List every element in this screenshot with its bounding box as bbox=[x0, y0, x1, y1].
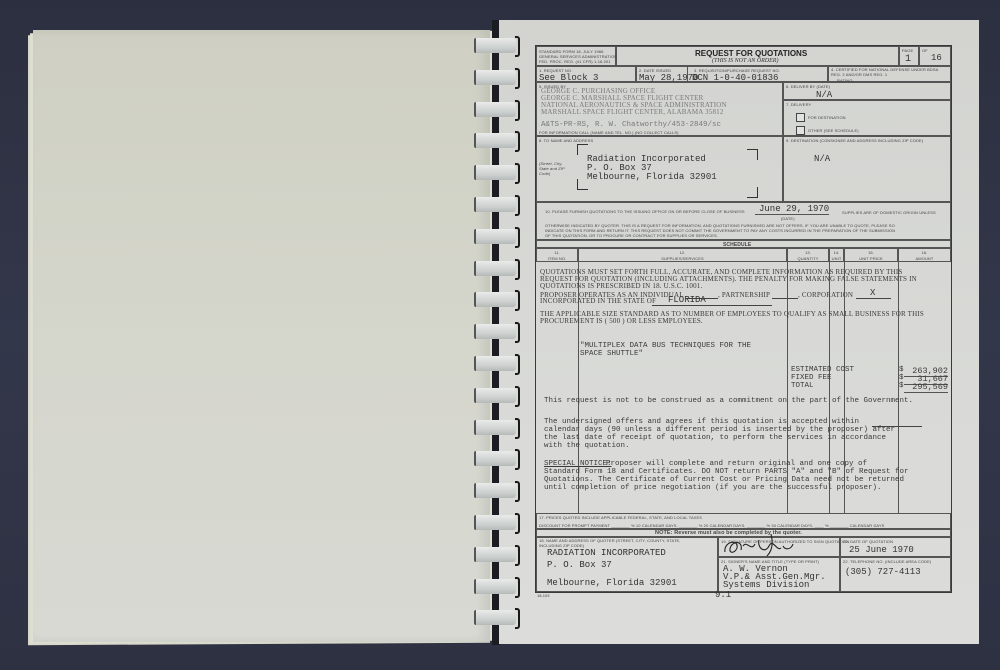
of-cell: OF 16 bbox=[919, 46, 951, 66]
page-cell: PAGE 1 bbox=[899, 46, 919, 66]
corporation-blank bbox=[856, 298, 891, 299]
block-7: 7. DELIVERY FOR DESTINATION OTHER (See S… bbox=[783, 100, 951, 136]
quotation-due-date: June 29, 1970 bbox=[755, 204, 829, 215]
offer-line-3: the last date of receipt of quotation, t… bbox=[544, 434, 886, 442]
size-line-2: PROCUREMENT IS ( 500 ) OR LESS EMPLOYEES… bbox=[540, 317, 703, 325]
page-value: 1 bbox=[905, 54, 911, 65]
binding-ring bbox=[474, 165, 516, 180]
column-label: SUPPLIES/SERVICES bbox=[579, 256, 786, 261]
block-21: 21. SIGNER'S NAME AND TITLE (Type or pri… bbox=[718, 557, 840, 592]
binding-ring bbox=[474, 38, 516, 53]
block-20-label: 20. DATE OF QUOTATION bbox=[843, 539, 893, 544]
offer-line-4: with the quotation. bbox=[544, 442, 630, 450]
contact-label: FOR INFORMATION CALL (Name and tel. no.)… bbox=[539, 130, 679, 135]
block-18: 18. NAME AND ADDRESS OF QUOTER (Street, … bbox=[536, 537, 718, 592]
project-title-line-2: SPACE SHUTTLE" bbox=[580, 350, 643, 358]
column-header: 16.AMOUNT bbox=[898, 248, 951, 262]
of-label: OF bbox=[922, 48, 928, 53]
binding-ring bbox=[474, 292, 516, 307]
address-side-label: (Street, City, State and ZIP Code) bbox=[539, 161, 565, 176]
block-20: 20. DATE OF QUOTATION 25 June 1970 bbox=[840, 537, 951, 557]
block-17-label: 17. PRICES QUOTED INCLUDE APPLICABLE FED… bbox=[539, 515, 702, 520]
column-number: 14. bbox=[830, 250, 843, 255]
deliver-by-value: N/A bbox=[816, 90, 832, 100]
bracket-tr bbox=[747, 149, 758, 160]
column-number: 12. bbox=[579, 250, 786, 255]
special-notice-line-4: until completion of price negotiation (i… bbox=[544, 484, 882, 492]
block-7-label: 7. DELIVERY bbox=[786, 102, 811, 107]
block-10-suffix: SUPPLIES ARE OF DOMESTIC ORIGIN UNLESS bbox=[842, 210, 936, 215]
column-label: ITEM NO. bbox=[537, 256, 577, 261]
column-number: 11. bbox=[537, 250, 577, 255]
form-code: 18-103 bbox=[537, 593, 549, 598]
block-1: 1. REQUEST NO. See Block 3 bbox=[536, 66, 636, 82]
schedule-title-bar: SCHEDULE bbox=[536, 240, 951, 248]
column-header: 13.QUANTITY bbox=[787, 248, 829, 262]
cost-label: TOTAL bbox=[791, 382, 814, 390]
block-4: 4. CERTIFIED FOR NATIONAL DEFENSE UNDER … bbox=[828, 66, 951, 82]
column-label: UNIT PRICE bbox=[845, 256, 897, 261]
special-notice-label: SPECIAL NOTICE: bbox=[544, 460, 612, 468]
partnership-label: , PARTNERSHIP bbox=[718, 291, 770, 299]
block-4-label: 4. CERTIFIED FOR NATIONAL DEFENSE UNDER … bbox=[831, 68, 949, 77]
date-of-quotation: 25 June 1970 bbox=[849, 545, 914, 555]
date-label: (Date) bbox=[781, 216, 795, 221]
form-subtitle: (THIS IS NOT AN ORDER) bbox=[712, 58, 778, 64]
form-id-cell: STANDARD FORM 18, JULY 1966 GENERAL SERV… bbox=[536, 46, 616, 66]
block-8-label: 8. TO NAME AND ADDRESS bbox=[539, 138, 593, 143]
special-notice-line-1: Proposer will complete and return origin… bbox=[606, 460, 867, 468]
binding-ring bbox=[474, 420, 516, 435]
block-3: 3. REQUISITION/PURCHASE REQUEST NO. DCN … bbox=[688, 66, 828, 82]
binding-ring bbox=[474, 102, 516, 117]
block-2: 2. DATE ISSUED May 28,1970 bbox=[636, 66, 688, 82]
binding-ring bbox=[474, 610, 516, 625]
binding-ring bbox=[474, 483, 516, 498]
column-header: 14.UNIT bbox=[829, 248, 844, 262]
block-8-to-address: 8. TO NAME AND ADDRESS (Street, City, St… bbox=[536, 136, 783, 202]
partnership-blank bbox=[772, 298, 798, 299]
column-number: 16. bbox=[899, 250, 950, 255]
binding-ring bbox=[474, 515, 516, 530]
binding-ring bbox=[474, 579, 516, 594]
offer-line-1: The undersigned offers and agrees if thi… bbox=[544, 418, 859, 426]
column-header: 15.UNIT PRICE bbox=[844, 248, 898, 262]
block-22: 22. TELEPHONE NO. (Include area code) (3… bbox=[840, 557, 951, 592]
state-blank bbox=[652, 305, 772, 306]
binding-ring bbox=[474, 388, 516, 403]
binding-ring bbox=[474, 70, 516, 85]
block-9-destination: 9. DESTINATION (Consignee and address in… bbox=[783, 136, 951, 202]
binding-ring bbox=[474, 197, 516, 212]
block-18-label: 18. NAME AND ADDRESS OF QUOTER (Street, … bbox=[539, 539, 699, 548]
for-destination-checkbox[interactable] bbox=[796, 113, 805, 122]
cost-label: FIXED FEE bbox=[791, 374, 832, 382]
binding-ring bbox=[474, 356, 516, 371]
corporation-label: , CORPORATION bbox=[798, 291, 853, 299]
cost-amount: 295,569 bbox=[904, 382, 948, 393]
column-number: 13. bbox=[788, 250, 828, 255]
corporation-mark: X bbox=[870, 288, 875, 298]
left-blank-page bbox=[33, 30, 490, 642]
other-checkbox[interactable] bbox=[796, 126, 805, 135]
block-6: 6. DELIVER BY (Date) N/A bbox=[783, 82, 951, 100]
signer-division: Systems Division bbox=[723, 580, 809, 590]
special-notice-line-2: Standard Form 18 and Certificates. DO NO… bbox=[544, 468, 909, 476]
column-number: 15. bbox=[845, 250, 897, 255]
block-22-label: 22. TELEPHONE NO. (Include area code) bbox=[843, 559, 931, 564]
block-10-prefix: 10. PLEASE FURNISH QUOTATIONS TO THE ISS… bbox=[545, 209, 745, 214]
block-17: 17. PRICES QUOTED INCLUDE APPLICABLE FED… bbox=[536, 513, 951, 529]
column-header: 11.ITEM NO. bbox=[536, 248, 578, 262]
binding-ring bbox=[474, 229, 516, 244]
block-9-label: 9. DESTINATION (Consignee and address in… bbox=[786, 138, 923, 143]
page-label: PAGE bbox=[902, 48, 913, 53]
binding-ring bbox=[474, 451, 516, 466]
form-title: REQUEST FOR QUOTATIONS bbox=[695, 49, 807, 58]
cert-line-3: QUOTATIONS IS PRESCRIBED IN 18. U.S.C. 1… bbox=[540, 282, 702, 290]
quoter-name: RADIATION INCORPORATED bbox=[547, 548, 666, 558]
to-address-line-3: Melbourne, Florida 32901 bbox=[587, 172, 717, 182]
column-label: QUANTITY bbox=[788, 256, 828, 261]
binding-ring bbox=[474, 261, 516, 276]
of-value: 16 bbox=[931, 53, 942, 63]
column-label: UNIT bbox=[830, 256, 843, 261]
regulation-label: FED. PROC. REG. (41 CFR) 1-16.201 bbox=[539, 59, 611, 64]
currency-symbol: $ bbox=[899, 366, 904, 374]
block-6-label: 6. DELIVER BY (Date) bbox=[786, 84, 830, 89]
contact-info: A&TS-PR-RS, R. W. Chatworthy/453-2849/sc bbox=[541, 121, 721, 129]
block-19: 19. SIGNATURE OF PERSON AUTHORIZED TO SI… bbox=[718, 537, 840, 557]
issuer-line-4: MARSHALL SPACE FLIGHT CENTER, ALABAMA 35… bbox=[541, 108, 724, 116]
destination-value: N/A bbox=[814, 154, 830, 164]
column-label: AMOUNT bbox=[899, 256, 950, 261]
discount-terms: DISCOUNT FOR PROMPT PAYMENT ________ % 1… bbox=[539, 523, 884, 528]
currency-symbol: $ bbox=[899, 374, 904, 382]
offer-line-2: calendar days (90 unless a different per… bbox=[544, 426, 895, 434]
other-label: OTHER (See Schedule) bbox=[808, 128, 859, 133]
incorporation-state: FLORIDA bbox=[668, 295, 706, 305]
block-5-issued-by: 5. ISSUED BY GEORGE C. PURCHASING OFFICE… bbox=[536, 82, 783, 136]
currency-symbol: $ bbox=[899, 382, 904, 390]
page-number: 9.1 bbox=[715, 590, 731, 600]
bracket-br bbox=[747, 187, 758, 198]
special-notice-line-3: Quotations. The Certificate of Current C… bbox=[544, 476, 904, 484]
for-destination-label: FOR DESTINATION bbox=[808, 115, 846, 120]
binding-ring bbox=[474, 547, 516, 562]
signature-icon bbox=[721, 532, 801, 558]
cost-label: ESTIMATED COST bbox=[791, 366, 854, 374]
block-10: 10. PLEASE FURNISH QUOTATIONS TO THE ISS… bbox=[536, 202, 951, 240]
quoter-address-1: P. O. Box 37 bbox=[547, 560, 612, 570]
request-for-quotations-form: STANDARD FORM 18, JULY 1966 GENERAL SERV… bbox=[535, 45, 952, 593]
telephone-number: (305) 727-4113 bbox=[845, 567, 921, 577]
commitment-note: This request is not to be construed as a… bbox=[544, 397, 913, 405]
quoter-address-2: Melbourne, Florida 32901 bbox=[547, 578, 677, 588]
notice-line-3: OF THIS QUOTATION, OR TO PROCURE OR CONT… bbox=[545, 233, 718, 238]
project-title-line-1: "MULTIPLEX DATA BUS TECHNIQUES FOR THE bbox=[580, 342, 751, 350]
title-cell: REQUEST FOR QUOTATIONS (THIS IS NOT AN O… bbox=[616, 46, 899, 66]
column-header: 12.SUPPLIES/SERVICES bbox=[578, 248, 787, 262]
state-prefix: INCORPORATED IN THE STATE OF bbox=[540, 297, 656, 305]
binding-ring bbox=[474, 324, 516, 339]
binding-ring bbox=[474, 133, 516, 148]
